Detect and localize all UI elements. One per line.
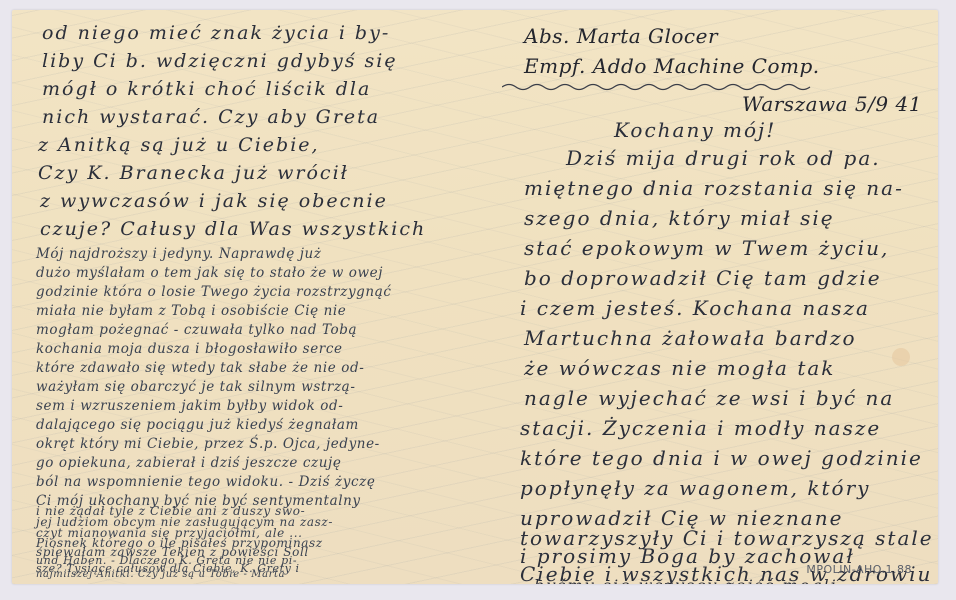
text-line: sem i wzruszeniem jakim byłby widok od- <box>36 398 343 414</box>
letter-sheet: od niego mieć znak życia i by- liby Ci b… <box>12 10 938 584</box>
text-line: go opiekuna, zabierał i dziś jeszcze czu… <box>36 455 341 471</box>
text-line: stacji. Życzenia i modły nasze <box>520 416 881 440</box>
salutation: Kochany mój! <box>614 118 776 142</box>
text-line: miętnego dnia rozstania się na- <box>524 176 904 200</box>
text-line: szego dnia, który miał się <box>524 206 835 230</box>
text-line: okręt który mi Ciebie, przez Ś.p. Ojca, … <box>36 436 380 452</box>
wavy-underline <box>502 82 812 92</box>
text-line: Dziś mija drugi rok od pa. <box>566 146 881 170</box>
text-line: że wówczas nie mogła tak <box>524 356 835 380</box>
text-line: czuje? Całusy dla Was wszystkich <box>40 218 426 240</box>
text-line: dużo myślałam o tem jak się to stało że … <box>36 265 383 281</box>
text-line: miała nie byłam z Tobą i osobiście Cię n… <box>36 303 346 319</box>
text-line: Czy K. Branecka już wrócił <box>38 162 349 184</box>
text-line: godzinie która o losie Twego życia rozst… <box>36 284 392 300</box>
text-line: mógł o krótki choć liścik dla <box>42 78 371 100</box>
text-line: bo doprowadził Cię tam gdzie <box>524 266 882 290</box>
text-line: ból na wspomnienie tego widoku. - Dziś ż… <box>36 474 375 490</box>
text-line: Martuchna żałowała bardzo <box>524 326 857 350</box>
text-line: dalającego się pociągu już kiedyś żegnał… <box>36 417 359 433</box>
archive-reference-code: MPOLIN-AHO.1.88 <box>806 563 912 576</box>
text-line: z Anitką są już u Ciebie, <box>38 134 320 156</box>
text-line: które tego dnia i w owej godzinie <box>520 446 923 470</box>
sender-name: Abs. Marta Glocer <box>524 24 718 48</box>
text-line: które zdawało się wtedy tak słabe że nie… <box>36 360 364 376</box>
text-line: od niego mieć znak życia i by- <box>42 22 390 44</box>
text-line: z wywczasów i jak się obecnie <box>40 190 388 212</box>
text-line: Mój najdroższy i jedyny. Naprawdę już <box>36 246 322 262</box>
text-line: i czem jesteś. Kochana nasza <box>520 296 870 320</box>
text-line: popłynęły za wagonem, który <box>520 476 870 500</box>
text-line: mogłam pożegnać - czuwała tylko nad Tobą <box>36 322 357 338</box>
paper-stain <box>892 348 910 366</box>
text-line: ważyłam się obarczyć je tak silnym wstrz… <box>36 379 355 395</box>
text-line: nich wystarać. Czy aby Greta <box>42 106 380 128</box>
text-line: nagle wyjechać ze wsi i być na <box>524 386 894 410</box>
text-line: stać epokowym w Twem życiu, <box>524 236 889 260</box>
sender-employer: Empf. Addo Machine Comp. <box>524 54 820 78</box>
text-line: byśmy się wszyscy zejść mogli <box>534 576 838 584</box>
place-date: Warszawa 5/9 41 <box>742 92 922 116</box>
text-line: liby Ci b. wdzięczni gdybyś się <box>42 50 398 72</box>
text-line: kochania moja dusza i błogosławiło serce <box>36 341 343 357</box>
text-line: najmilszej Anitki. Czy już są u Tobie - … <box>36 569 285 580</box>
